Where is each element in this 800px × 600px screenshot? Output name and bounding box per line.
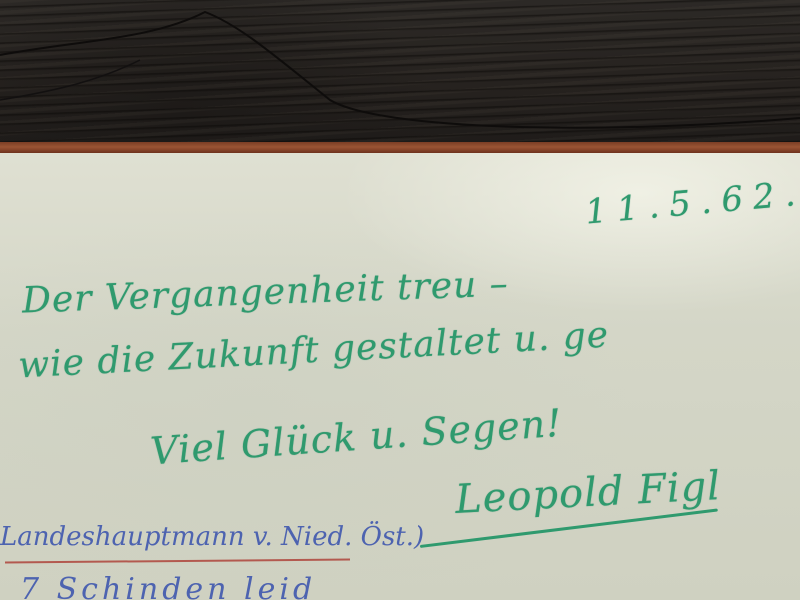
previous-entry-line-2: 7 Schinden leid bbox=[20, 572, 316, 600]
previous-entry-line-1: Landeshauptmann v. Nied. Öst.) bbox=[0, 522, 424, 552]
wood-crack bbox=[0, 0, 800, 142]
leather-binding-edge bbox=[0, 142, 800, 153]
